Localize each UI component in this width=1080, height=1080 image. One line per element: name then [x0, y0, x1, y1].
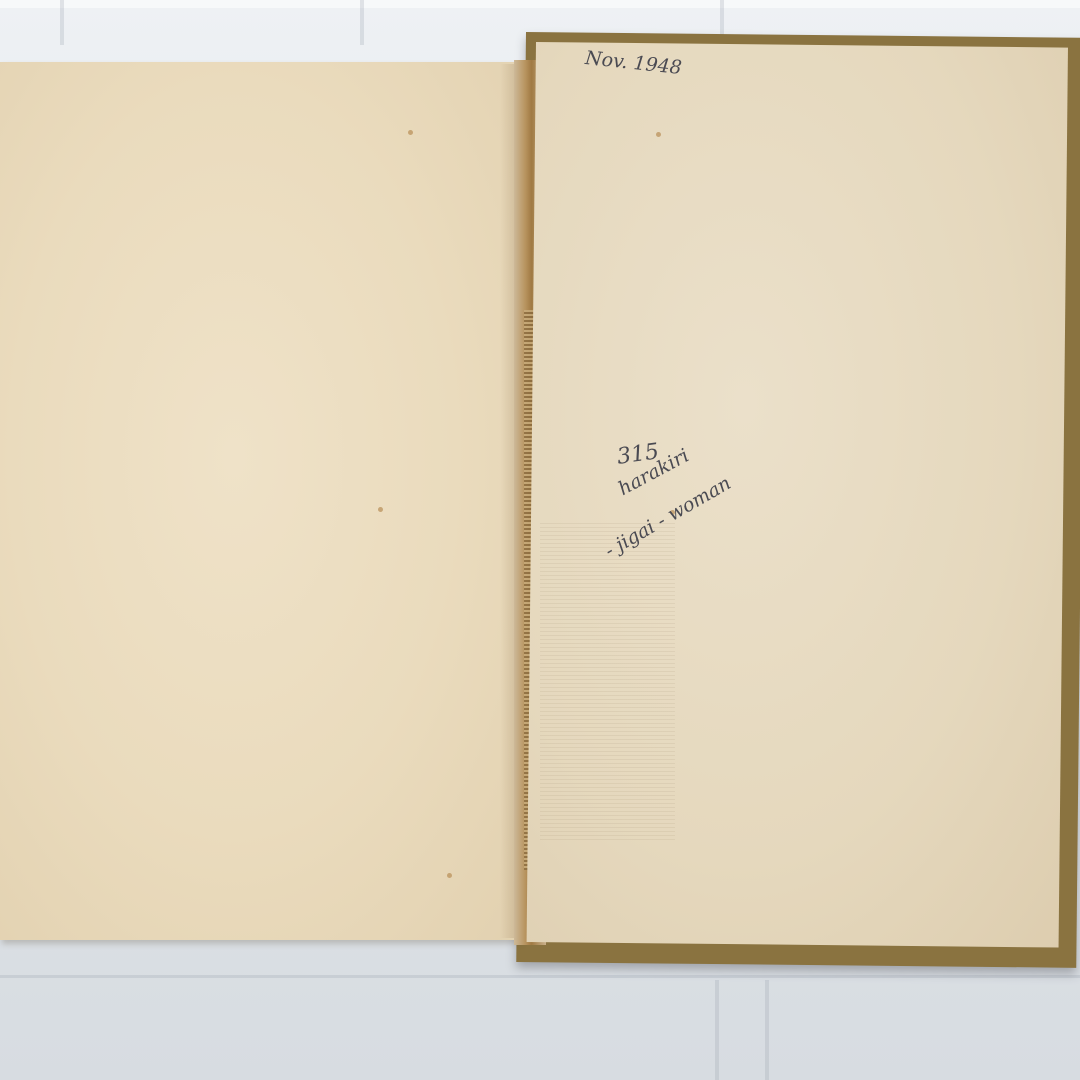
brick-joint [60, 0, 64, 45]
brick-joint [765, 980, 769, 1080]
foxing-spot [408, 130, 413, 135]
foxing-spot [656, 132, 661, 137]
brick-joint [360, 0, 364, 45]
foxing-spot [378, 507, 383, 512]
left-endpaper [0, 62, 520, 940]
brick-joint [0, 975, 1080, 978]
foxing-spot [447, 873, 452, 878]
brick-highlight [0, 0, 1080, 8]
paper-texture-panel [540, 520, 675, 840]
brick-joint [715, 980, 719, 1080]
